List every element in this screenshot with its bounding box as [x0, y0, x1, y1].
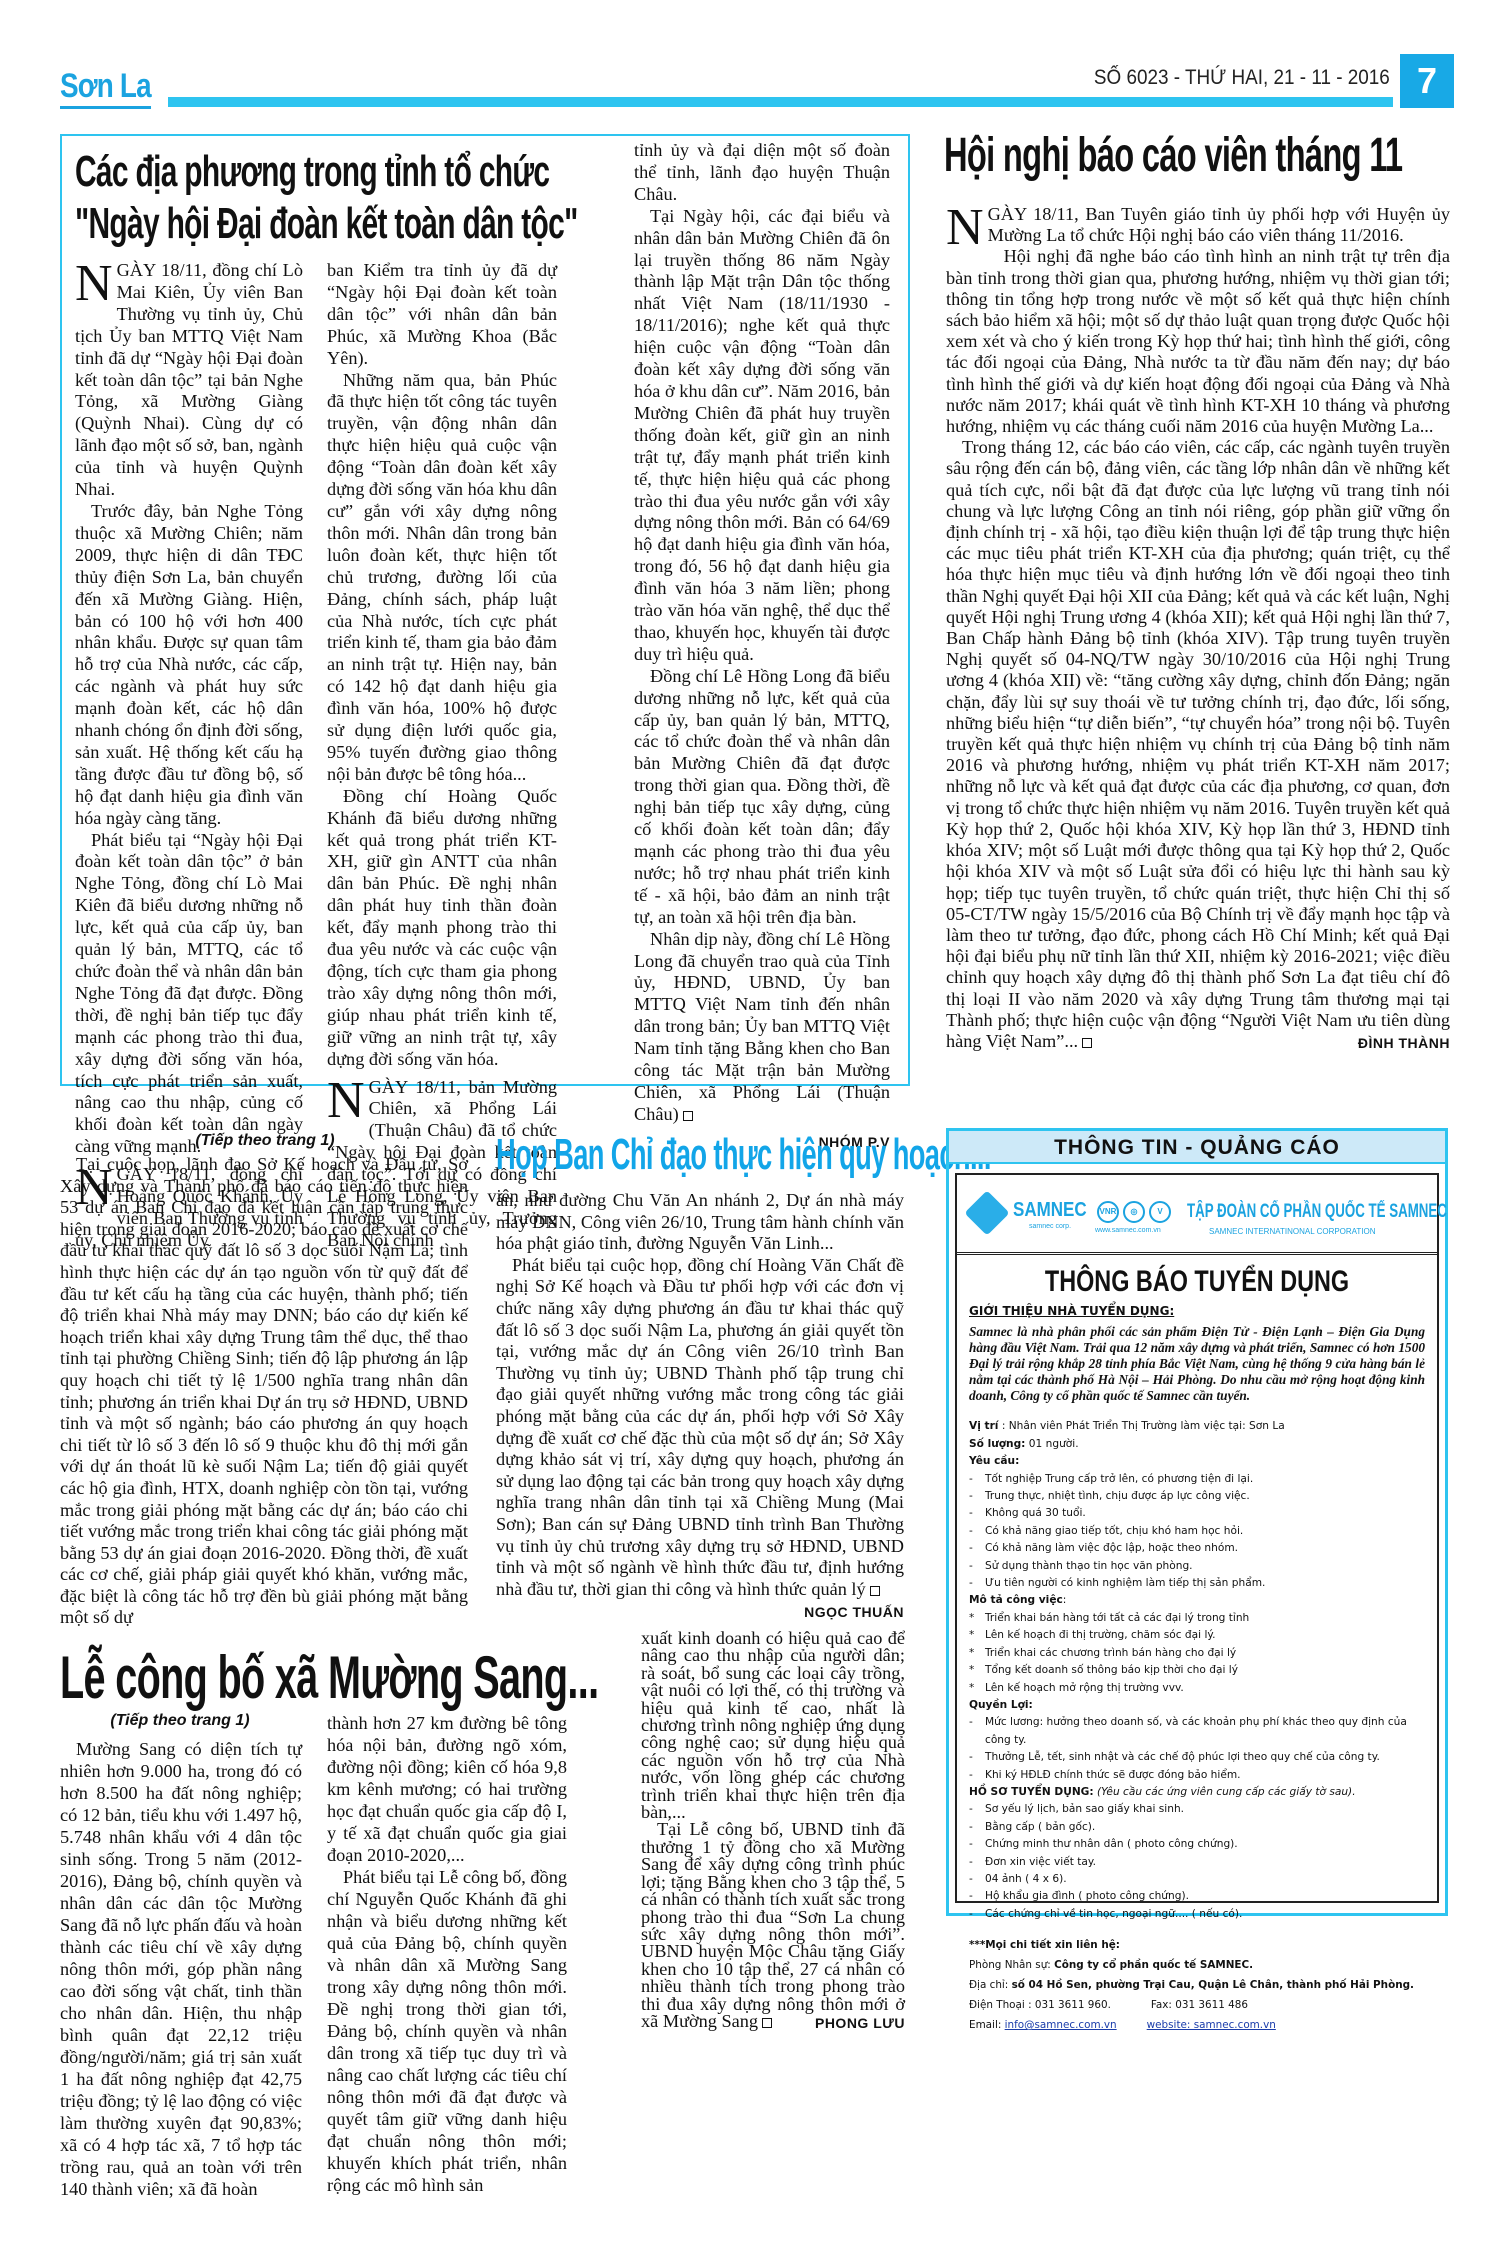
drop-cap: N	[327, 1081, 365, 1121]
list-item: -Ưu tiên người có kinh nghiệm làm tiếp t…	[969, 1575, 1425, 1592]
logo-sub: samnec corp.	[1029, 1223, 1071, 1230]
list-item: *Tổng kết doanh số thông báo kịp thời ch…	[969, 1662, 1425, 1679]
paragraph: NGÀY 18/11, đồng chí Lò Mai Kiên, Ủy viê…	[75, 260, 303, 501]
paragraph: Phát biểu tại cuộc họp, đồng chí Hoàng V…	[496, 1255, 904, 1601]
drop-cap: N	[946, 208, 984, 248]
paragraph: Những năm qua, bản Phúc đã thực hiện tốt…	[327, 370, 557, 786]
requirements-label: Yêu cầu:	[969, 1455, 1019, 1467]
position-line: Vị trí : Nhân viên Phát Triển Thị Trường…	[969, 1418, 1425, 1435]
article-bao-cao-vien-body: NGÀY 18/11, Ban Tuyên giáo tỉnh ủy phối …	[946, 204, 1450, 1054]
paragraph: Phát biểu tại Lễ công bố, đồng chí Nguyễ…	[327, 1866, 567, 2196]
list-item: -Sơ yếu lý lịch, bản sao giấy khai sinh.	[969, 1801, 1425, 1818]
list-item: -Hộ khẩu gia đình ( photo công chứng).	[969, 1888, 1425, 1905]
award-badges: VNR ◎ V	[1097, 1201, 1171, 1223]
address-label: Địa chỉ:	[969, 1979, 1012, 1991]
dossier-label: HỒ SƠ TUYỂN DỤNG:	[969, 1786, 1094, 1798]
intro-text: Samnec là nhà phân phối các sản phẩm Điệ…	[969, 1324, 1425, 1404]
list-item: *Triển khai bán hàng tới tất cả các đại …	[969, 1610, 1425, 1627]
end-mark-icon	[683, 1111, 693, 1121]
email-link[interactable]: info@samnec.com.vn	[1005, 2019, 1117, 2031]
issue-line: SỐ 6023 - THỨ HAI, 21 - 11 - 2016	[1094, 66, 1390, 90]
quantity-value: 01 người.	[1025, 1438, 1078, 1450]
quality-badge-icon: V	[1149, 1201, 1171, 1223]
quantity-line: Số lượng: 01 người.	[969, 1436, 1425, 1453]
corp-name-en: SAMNEC INTERNATINONAL CORPORATION	[1209, 1227, 1376, 1236]
paragraph: án, như đường Chu Văn An nhánh 2, Dự án …	[496, 1190, 904, 1255]
dossier-list: -Sơ yếu lý lịch, bản sao giấy khai sinh.…	[969, 1801, 1425, 1923]
section-name: Sơn La	[60, 66, 151, 109]
duties-label: Mô tả công việc	[969, 1594, 1063, 1606]
list-item: -Chứng minh thư nhân dân ( photo công ch…	[969, 1836, 1425, 1853]
article-ngay-hoi-headline: Các địa phương trong tỉnh tổ chức "Ngày …	[75, 146, 619, 250]
article-ngay-hoi-col3: tỉnh ủy và đại diện một số đoàn thể tỉnh…	[634, 140, 890, 1154]
badge-website: www.samnec.com.vn	[1095, 1227, 1161, 1234]
article-quy-hoach-kicker: (Tiếp theo trang 1)	[60, 1132, 470, 1150]
list-item: -Mức lương: hưởng theo doanh số, và các …	[969, 1714, 1425, 1749]
list-item: -Các chứng chỉ về tin học, ngoại ngữ....…	[969, 1906, 1425, 1923]
end-mark-icon	[1082, 1038, 1092, 1048]
paragraph: Trước đây, bản Nghe Tỏng thuộc xã Mường …	[75, 501, 303, 830]
quantity-label: Số lượng:	[969, 1438, 1025, 1450]
email-label: Email:	[969, 2019, 1005, 2031]
byline: PHONG LƯU	[799, 2015, 905, 2032]
end-mark-icon	[870, 1586, 880, 1596]
hr-value: Công ty cổ phần quốc tế SAMNEC.	[1054, 1959, 1253, 1971]
paragraph: Đồng chí Hoàng Quốc Khánh đã biểu dương …	[327, 786, 557, 1071]
list-item: -04 ảnh ( 4 x 6).	[969, 1871, 1425, 1888]
list-item: *Lên kế hoạch mở rộng thị trường vvv.	[969, 1680, 1425, 1697]
article-ngay-hoi-col1: NGÀY 18/11, đồng chí Lò Mai Kiên, Ủy viê…	[75, 260, 303, 1252]
paragraph: Tại Lễ công bố, UBND tỉnh đã thưởng 1 tỷ…	[641, 1821, 905, 2030]
paragraph: xuất kinh doanh có hiệu quả cao để nâng …	[641, 1630, 905, 1821]
list-item: -Bằng cấp ( bản gốc).	[969, 1819, 1425, 1836]
paragraph: tỉnh ủy và đại diện một số đoàn thể tỉnh…	[634, 140, 890, 206]
paragraph: Tại cuộc họp, lãnh đạo Sở Kế hoạch và Đầ…	[60, 1154, 468, 1629]
hr-label: Phòng Nhân sự:	[969, 1959, 1054, 1971]
corp-name: TẬP ĐOÀN CỔ PHẦN QUỐC TẾ SAMNEC	[1187, 1201, 1447, 1223]
byline: NGỌC THUẤN	[788, 1602, 904, 1624]
article-quy-hoach-headline: Họp Ban Chỉ đạo thực hiện quy hoạch...	[496, 1130, 991, 1180]
advertisement-box: THÔNG TIN - QUẢNG CÁO SAMNEC samnec corp…	[946, 1128, 1448, 1916]
article-muong-sang-headline: Lễ công bố xã Mường Sang...	[60, 1646, 598, 1710]
phone: Điện Thoại : 031 3611 960.	[969, 1999, 1111, 2011]
article-muong-sang-col1: Mường Sang có diện tích tự nhiên hơn 9.0…	[60, 1738, 302, 2200]
list-item: -Tốt nghiệp Trung cấp trở lên, có phương…	[969, 1471, 1425, 1488]
vnr500-badge-icon: VNR	[1097, 1201, 1119, 1223]
ad-body: GIỚI THIỆU NHÀ TUYỂN DỤNG: Samnec là nhà…	[957, 1299, 1437, 2035]
address-value: số 04 Hồ Sen, phường Trại Cau, Quận Lê C…	[1012, 1979, 1414, 1991]
website-link[interactable]: website: samnec.com.vn	[1147, 2019, 1276, 2031]
article-muong-sang-kicker: (Tiếp theo trang 1)	[60, 1712, 300, 1730]
article-quy-hoach-col1: Tại cuộc họp, lãnh đạo Sở Kế hoạch và Đầ…	[60, 1154, 468, 1629]
paragraph: ban Kiểm tra tỉnh ủy đã dự “Ngày hội Đại…	[327, 260, 557, 370]
ad-section-label: THÔNG TIN - QUẢNG CÁO	[949, 1131, 1445, 1164]
article-ngay-hoi-col2: ban Kiểm tra tỉnh ủy đã dự “Ngày hội Đại…	[327, 260, 557, 1252]
dossier-note: (Yêu cầu các ứng viên cung cấp các giấy …	[1094, 1786, 1356, 1798]
article-bao-cao-vien-headline: Hội nghị báo cáo viên tháng 11	[944, 128, 1402, 184]
ad-logo-row: SAMNEC samnec corp. VNR ◎ V www.samnec.c…	[957, 1175, 1437, 1255]
list-item: -Khi ký HĐLĐ chính thức sẽ được đóng bảo…	[969, 1767, 1425, 1784]
article-muong-sang-col3: xuất kinh doanh có hiệu quả cao để nâng …	[641, 1630, 905, 2032]
recruitment-notice: SAMNEC samnec corp. VNR ◎ V www.samnec.c…	[955, 1173, 1439, 1903]
contact-block: ***Mọi chi tiết xin liên hệ: Phòng Nhân …	[969, 1935, 1425, 2035]
dossier-line: HỒ SƠ TUYỂN DỤNG: (Yêu cầu các ứng viên …	[969, 1784, 1425, 1801]
paragraph: Mường Sang có diện tích tự nhiên hơn 9.0…	[60, 1738, 302, 2200]
list-item: -Có khả năng giao tiếp tốt, chịu khó ham…	[969, 1523, 1425, 1540]
list-item: -Đơn xin việc viết tay.	[969, 1854, 1425, 1871]
paragraph: Nhân dịp này, đồng chí Lê Hồng Long đã c…	[634, 929, 890, 1126]
paragraph: NGÀY 18/11, Ban Tuyên giáo tỉnh ủy phối …	[946, 204, 1450, 246]
paragraph: thành hơn 27 km đường bê tông hóa nội bả…	[327, 1712, 567, 1866]
drop-cap: N	[75, 264, 113, 304]
byline: ĐÌNH THÀNH	[1342, 1033, 1450, 1054]
benefits-list: -Mức lương: hưởng theo doanh số, và các …	[969, 1714, 1425, 1784]
ad-title: THÔNG BÁO TUYỂN DỤNG	[1010, 1265, 1384, 1299]
fax: Fax: 031 3611 486	[1151, 1999, 1248, 2011]
position-value: : Nhân viên Phát Triển Thị Trường làm vi…	[998, 1420, 1284, 1432]
paragraph: Hội nghị đã nghe báo cáo tình hình an ni…	[946, 246, 1450, 437]
requirements-list: -Tốt nghiệp Trung cấp trở lên, có phương…	[969, 1471, 1425, 1593]
paragraph: Tại Ngày hội, các đại biểu và nhân dân b…	[634, 206, 890, 666]
award-seal-icon: ◎	[1123, 1201, 1145, 1223]
paragraph: Trong tháng 12, các báo cáo viên, các cấ…	[946, 437, 1450, 1052]
list-item: -Không quá 30 tuổi.	[969, 1505, 1425, 1522]
end-mark-icon	[762, 2018, 772, 2028]
list-item: -Trung thực, nhiệt tình, chịu được áp lự…	[969, 1488, 1425, 1505]
article-ngay-hoi-box: Các địa phương trong tỉnh tổ chức "Ngày …	[60, 134, 910, 1086]
position-label: Vị trí	[969, 1420, 998, 1432]
samnec-logo-icon	[964, 1190, 1009, 1235]
intro-heading: GIỚI THIỆU NHÀ TUYỂN DỤNG:	[969, 1303, 1425, 1320]
duties-list: *Triển khai bán hàng tới tất cả các đại …	[969, 1610, 1425, 1697]
article-quy-hoach-col2: án, như đường Chu Văn An nhánh 2, Dự án …	[496, 1190, 904, 1624]
paragraph: Phát biểu tại “Ngày hội Đại đoàn kết toà…	[75, 830, 303, 1159]
list-item: -Có khả năng làm việc độc lập, hoặc theo…	[969, 1540, 1425, 1557]
list-item: *Lên kế hoạch đi thị trường, chăm sóc đạ…	[969, 1627, 1425, 1644]
list-item: *Triển khai các chương trình bán hàng ch…	[969, 1645, 1425, 1662]
list-item: -Thưởng Lễ, tết, sinh nhật và các chế độ…	[969, 1749, 1425, 1766]
page-number: 7	[1400, 54, 1454, 108]
article-muong-sang-col2: thành hơn 27 km đường bê tông hóa nội bả…	[327, 1712, 567, 2196]
logo-name: SAMNEC	[1013, 1199, 1087, 1222]
contact-heading: ***Mọi chi tiết xin liên hệ:	[969, 1939, 1120, 1951]
benefits-label: Quyền Lợi:	[969, 1699, 1033, 1711]
paragraph: Đồng chí Lê Hồng Long đã biểu dương nhữn…	[634, 666, 890, 929]
masthead-rule	[168, 97, 1393, 107]
list-item: -Sử dụng thành thạo tin học văn phòng.	[969, 1558, 1425, 1575]
